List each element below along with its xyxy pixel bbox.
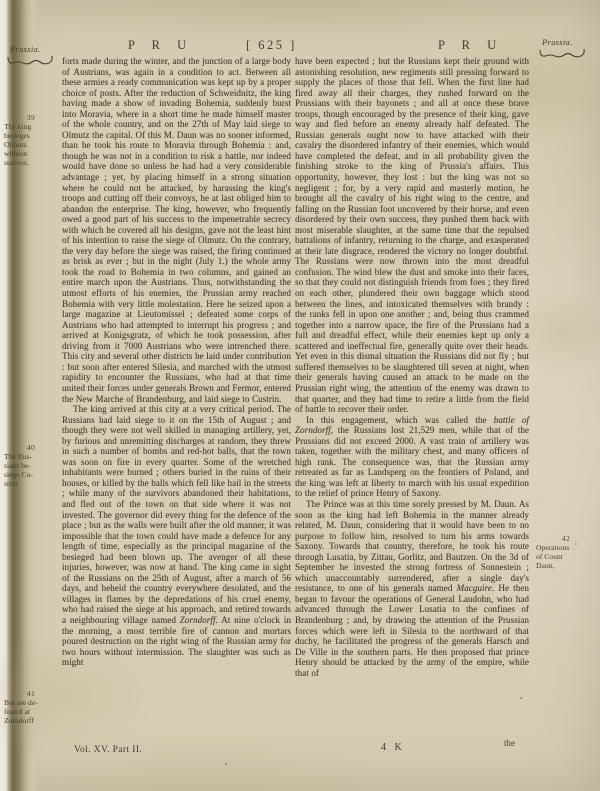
margin-note-40: 40The Rus-sians be-siege Cu-strin (4, 444, 58, 489)
margin-note-line: of Count (536, 553, 596, 562)
margin-note-line: The Rus- (4, 453, 58, 462)
right-margin: Prussia. 42Operationsof CountDaun, (536, 0, 596, 791)
margin-note-line: siege Cu- (4, 471, 58, 480)
margin-note-line: Daun, (536, 562, 596, 571)
margin-note-number: 41 (4, 690, 58, 699)
paragraph: have been expected ; but the Russians ke… (295, 56, 529, 415)
paragraph: forts made during the winter, and the ju… (62, 56, 291, 404)
running-title-right: P R U (438, 38, 503, 53)
margin-note-line: sians be- (4, 462, 58, 471)
gathering-signature: 4 K (381, 742, 405, 753)
margin-note-line: feated at (4, 708, 58, 717)
paragraph: The Prince was at this time sorely press… (295, 499, 529, 678)
left-margin: Prussia. 39The kingbesiegesOlmutzwithout… (4, 0, 58, 791)
page-header: P R U [ 625 ] P R U (0, 38, 600, 54)
margin-note-line: Olmutz (4, 141, 58, 150)
ink-speck (225, 763, 227, 765)
margin-note-line: Zorndorff (4, 717, 58, 726)
margin-note-line: without (4, 150, 58, 159)
body-column-left: forts made during the winter, and the ju… (62, 56, 291, 668)
margin-note-39: 39The kingbesiegesOlmutzwithoutsuccess. (4, 114, 58, 167)
body-column-right: have been expected ; but the Russians ke… (295, 56, 529, 678)
paragraph: The king arrived at this city at a very … (62, 404, 291, 668)
page-number: [ 625 ] (246, 38, 297, 53)
continuation-swash-icon (6, 54, 54, 72)
paragraph: In this engagement, which was called the… (295, 415, 529, 499)
margin-note-42: 42Operationsof CountDaun, (536, 535, 596, 571)
margin-note-line: Operations (536, 544, 596, 553)
binding-gutter-shadow (0, 0, 40, 791)
volume-signature: Vol. XV. Part II. (74, 745, 142, 755)
margin-note-line: strin (4, 480, 58, 489)
margin-note-number: 39 (4, 114, 58, 123)
margin-note-number: 42 (536, 535, 596, 544)
margin-note-line: But are de- (4, 699, 58, 708)
margin-note-number: 40 (4, 444, 58, 453)
margin-note-41: 41But are de-feated atZorndorff (4, 690, 58, 726)
book-page-scan: P R U [ 625 ] P R U Prussia. 39The kingb… (0, 0, 600, 791)
catchword: the (504, 738, 515, 748)
running-title-left: P R U (128, 38, 193, 53)
margin-note-line: success. (4, 159, 58, 168)
margin-note-line: The king (4, 123, 58, 132)
margin-note-line: besieges (4, 132, 58, 141)
